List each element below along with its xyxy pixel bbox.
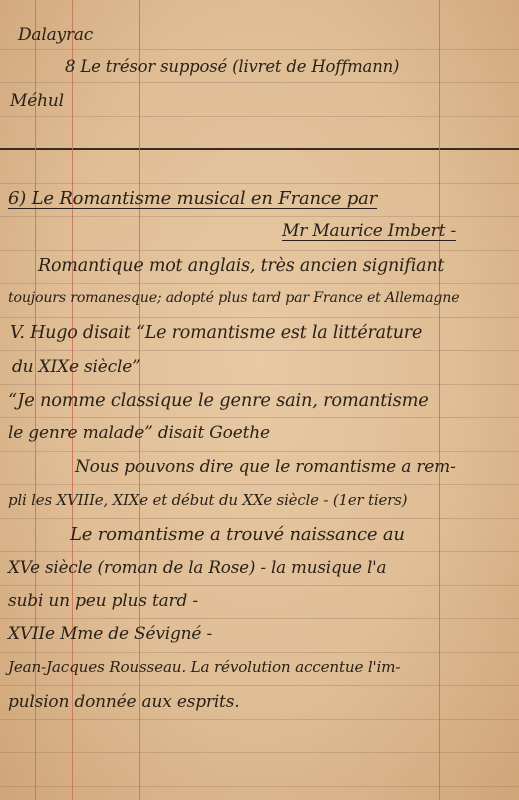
- ruled-line: [0, 484, 519, 485]
- text-line: V. Hugo disait “Le romantisme est la lit…: [10, 323, 422, 343]
- text-line: Jean-Jacques Rousseau. La révolution acc…: [8, 658, 400, 676]
- ruled-line: [0, 116, 519, 117]
- ruled-line: [0, 585, 519, 586]
- ruled-line: [0, 384, 519, 385]
- ruled-line: [0, 618, 519, 619]
- ruled-line: [0, 283, 519, 284]
- text-line: toujours romanesque; adopté plus tard pa…: [8, 290, 459, 306]
- author-line: Mr Maurice Imbert -: [282, 221, 456, 241]
- notebook-page: Dalayrac 8 Le trésor supposé (livret de …: [0, 0, 519, 800]
- ruled-line: [0, 250, 519, 251]
- text-line: 8 Le trésor supposé (livret de Hoffmann): [65, 57, 399, 76]
- ruled-line: [0, 752, 519, 753]
- text-line: Le romantisme a trouvé naissance au: [70, 524, 405, 545]
- ruled-line: [0, 518, 519, 519]
- ruled-line: [0, 451, 519, 452]
- text-line: pulsion donnée aux esprits.: [8, 692, 239, 712]
- ruled-line: [0, 719, 519, 720]
- text-line: XVe siècle (roman de la Rose) - la musiq…: [8, 557, 386, 577]
- ruled-line: [0, 183, 519, 184]
- section-rule: [0, 148, 519, 150]
- ruled-line: [0, 317, 519, 318]
- ruled-line: [0, 786, 519, 787]
- ruled-line: [0, 82, 519, 83]
- text-line: “Je nomme classique le genre sain, roman…: [8, 390, 429, 411]
- margin-line: [439, 0, 440, 800]
- text-line: du XIXe siècle”: [12, 357, 141, 377]
- ruled-line: [0, 551, 519, 552]
- text-line: subi un peu plus tard -: [8, 591, 198, 611]
- section-heading: 6) Le Romantisme musical en France par: [8, 188, 377, 209]
- text-line: Dalayrac: [18, 25, 93, 45]
- ruled-line: [0, 350, 519, 351]
- ruled-line: [0, 685, 519, 686]
- ruled-line: [0, 417, 519, 418]
- ruled-line: [0, 652, 519, 653]
- text-line: Nous pouvons dire que le romantisme a re…: [75, 457, 456, 477]
- text-line: Romantique mot anglais, très ancien sign…: [38, 256, 444, 276]
- text-line: Méhul: [10, 91, 64, 111]
- text-line: le genre malade” disait Goethe: [8, 423, 270, 443]
- ruled-line: [0, 49, 519, 50]
- ruled-line: [0, 216, 519, 217]
- text-line: pli les XVIIIe, XIXe et début du XXe siè…: [8, 491, 407, 509]
- text-line: XVIIe Mme de Sévigné -: [8, 624, 212, 644]
